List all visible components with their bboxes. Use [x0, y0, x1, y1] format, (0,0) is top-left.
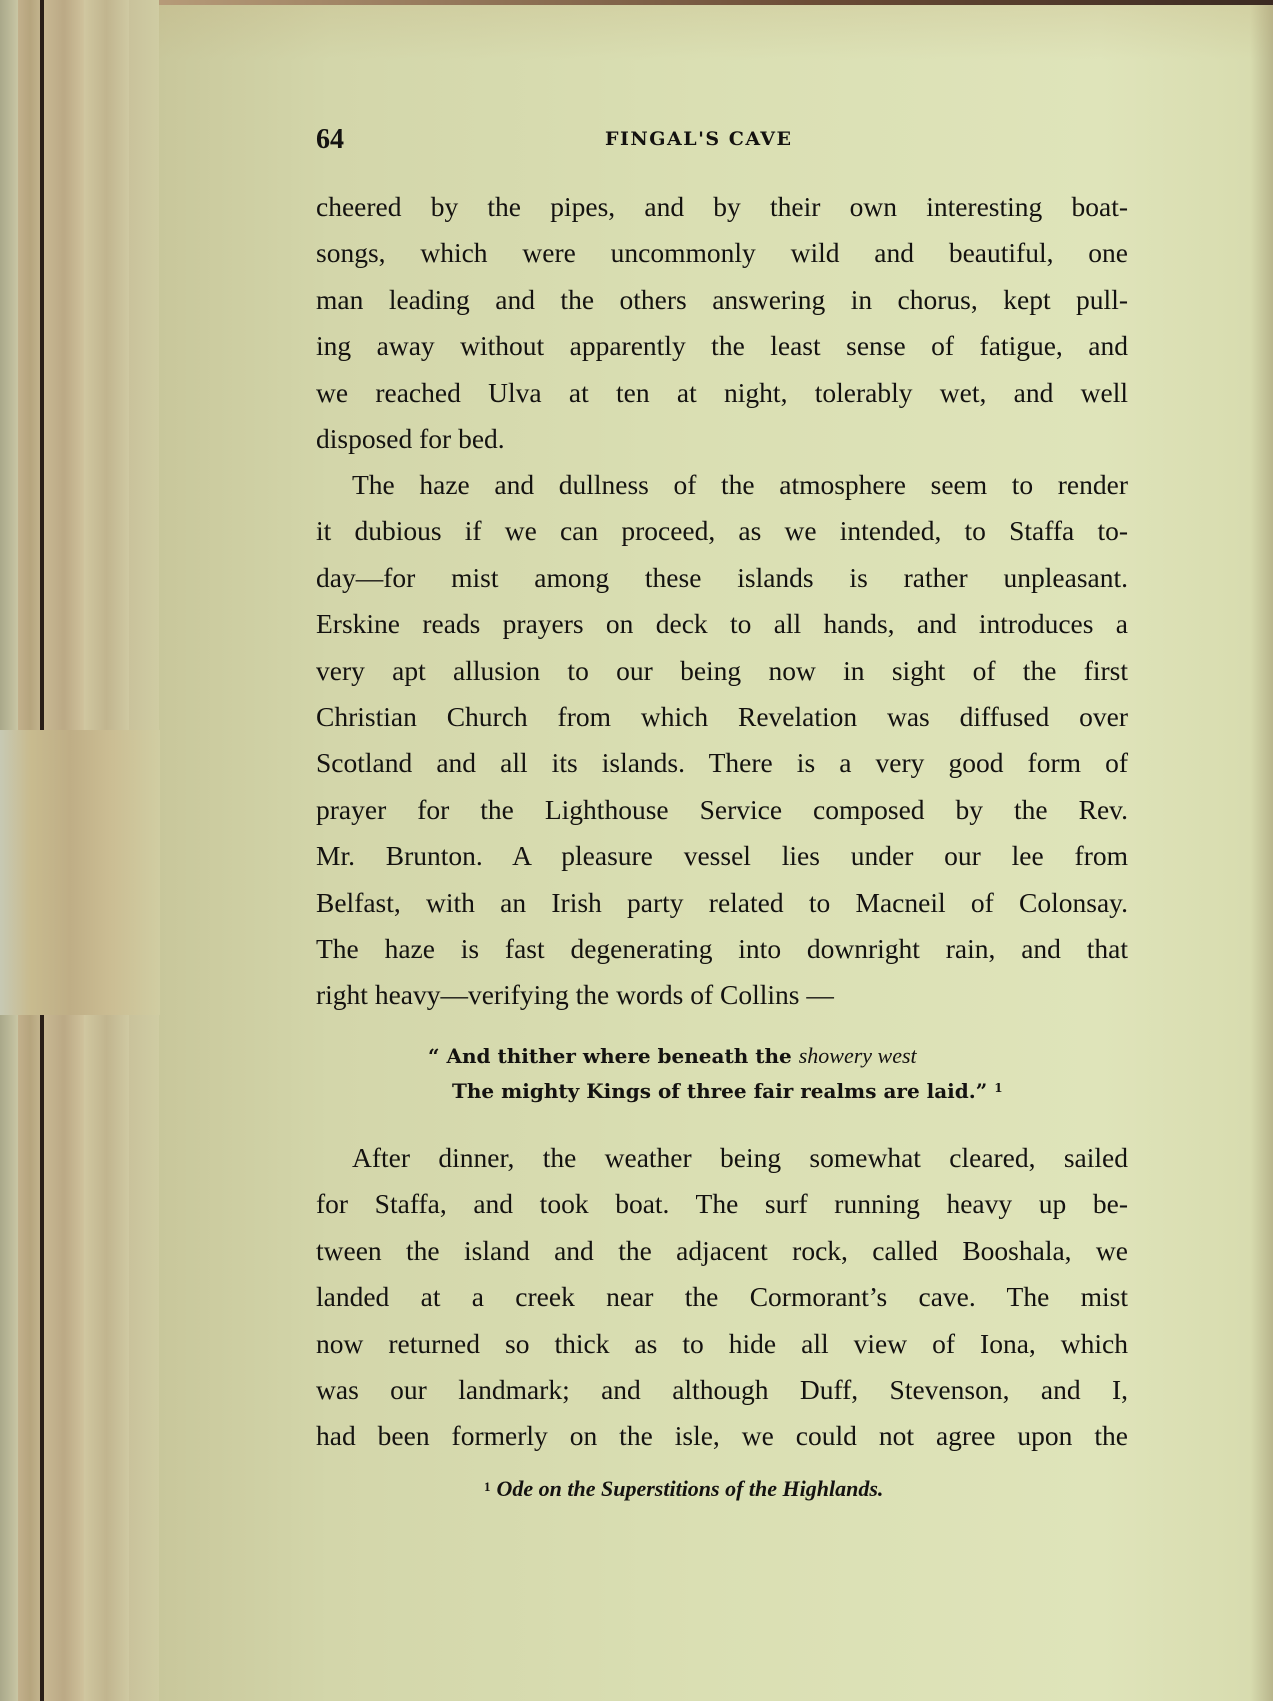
- footnote: 1Ode on the Superstitions of the Highlan…: [484, 1476, 883, 1502]
- text-line: disposed for bed.: [316, 416, 1128, 462]
- text-line: tween the island and the adjacent rock, …: [316, 1228, 1128, 1274]
- paragraph-2: The haze and dullness of the atmosphere …: [316, 462, 1128, 1019]
- paragraph-1: cheered by the pipes, and by their own i…: [316, 184, 1128, 462]
- page-edge-blur: [0, 730, 160, 1015]
- footnote-reference[interactable]: 1: [994, 1081, 1002, 1095]
- footnote-mark: 1: [484, 1479, 491, 1494]
- text-line: right heavy—verifying the words of Colli…: [316, 972, 1128, 1018]
- verse-line-2: The mighty Kings of three fair realms ar…: [428, 1072, 1003, 1107]
- text-line: prayer for the Lighthouse Service compos…: [316, 787, 1128, 833]
- verse-text: The mighty Kings of three fair realms ar…: [452, 1079, 987, 1103]
- book-page: 64 FINGAL'S CAVE cheered by the pipes, a…: [0, 0, 1273, 1701]
- text-line: was our landmark; and although Duff, Ste…: [316, 1367, 1128, 1413]
- text-line: very apt allusion to our being now in si…: [316, 648, 1128, 694]
- verse-italic-text: showery west: [799, 1043, 917, 1068]
- text-line: cheered by the pipes, and by their own i…: [316, 184, 1128, 230]
- text-line: Christian Church from which Revelation w…: [316, 694, 1128, 740]
- text-line: The haze and dullness of the atmosphere …: [316, 462, 1128, 508]
- verse-quotation: “ And thither where beneath the showery …: [428, 1040, 1003, 1107]
- text-line: it dubious if we can proceed, as we inte…: [316, 508, 1128, 554]
- text-line: The haze is fast degenerating into downr…: [316, 926, 1128, 972]
- book-page-edges: [0, 0, 160, 1701]
- text-line: landed at a creek near the Cormorant’s c…: [316, 1274, 1128, 1320]
- text-line: ing away without apparently the least se…: [316, 323, 1128, 369]
- chapter-title: FINGAL'S CAVE: [605, 128, 792, 150]
- footnote-text: Ode on the Superstitions of the Highland…: [497, 1476, 884, 1501]
- text-line: for Staffa, and took boat. The surf runn…: [316, 1181, 1128, 1227]
- paragraph-3: After dinner, the weather being somewhat…: [316, 1135, 1128, 1460]
- verse-line-1: “ And thither where beneath the showery …: [428, 1040, 1003, 1072]
- page-number: 64: [316, 124, 344, 156]
- text-line: Erskine reads prayers on deck to all han…: [316, 601, 1128, 647]
- text-line: After dinner, the weather being somewhat…: [316, 1135, 1128, 1181]
- verse-text: “ And thither where beneath the: [428, 1044, 799, 1068]
- text-line: Scotland and all its islands. There is a…: [316, 740, 1128, 786]
- page-top-edge: [150, 0, 1273, 5]
- text-line: now returned so thick as to hide all vie…: [316, 1321, 1128, 1367]
- text-line: we reached Ulva at ten at night, tolerab…: [316, 370, 1128, 416]
- text-line: man leading and the others answering in …: [316, 277, 1128, 323]
- running-head: 64 FINGAL'S CAVE: [316, 124, 1128, 160]
- text-line: Mr. Brunton. A pleasure vessel lies unde…: [316, 833, 1128, 879]
- text-line: Belfast, with an Irish party related to …: [316, 880, 1128, 926]
- text-line: songs, which were uncommonly wild and be…: [316, 230, 1128, 276]
- text-line: day—for mist among these islands is rath…: [316, 555, 1128, 601]
- text-line: had been formerly on the isle, we could …: [316, 1413, 1128, 1459]
